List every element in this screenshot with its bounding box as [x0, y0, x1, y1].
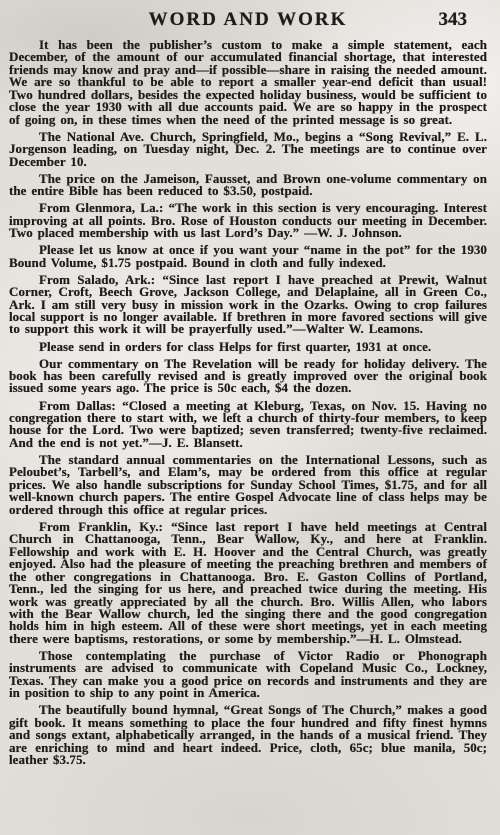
paragraph-publisher-statement: It has been the publisher’s custom to ma…: [9, 39, 487, 126]
paragraph-song-revival: The National Ave. Church, Springfield, M…: [9, 131, 487, 168]
paragraph-franklin-report: From Franklin, Ky.: “Since last report I…: [9, 521, 487, 646]
page-header: WORD AND WORK 343: [9, 6, 487, 37]
publication-title: WORD AND WORK: [9, 9, 487, 31]
paragraph-salado-report: From Salado, Ark.: “Since last report I …: [9, 274, 487, 336]
paragraph-bound-volume: Please let us know at once if you want y…: [9, 244, 487, 269]
paragraph-annual-commentaries: The standard annual commentaries on the …: [9, 454, 487, 516]
article-body: It has been the publisher’s custom to ma…: [9, 39, 487, 767]
paragraph-dallas-report: From Dallas: “Closed a meeting at Klebur…: [9, 400, 487, 450]
paragraph-victor-radio: Those contemplating the purchase of Vict…: [9, 650, 487, 700]
page-number: 343: [439, 9, 468, 31]
paragraph-revelation-commentary: Our commentary on The Revelation will be…: [9, 358, 487, 395]
paragraph-class-helps: Please send in orders for class Helps fo…: [9, 341, 487, 353]
paragraph-hymnal: The beautifully bound hymnal, “Great Son…: [9, 704, 487, 766]
paragraph-commentary-price: The price on the Jameison, Fausset, and …: [9, 173, 487, 198]
magazine-page: WORD AND WORK 343 It has been the publis…: [0, 0, 500, 835]
paragraph-glenmora-report: From Glenmora, La.: “The work in this se…: [9, 202, 487, 239]
